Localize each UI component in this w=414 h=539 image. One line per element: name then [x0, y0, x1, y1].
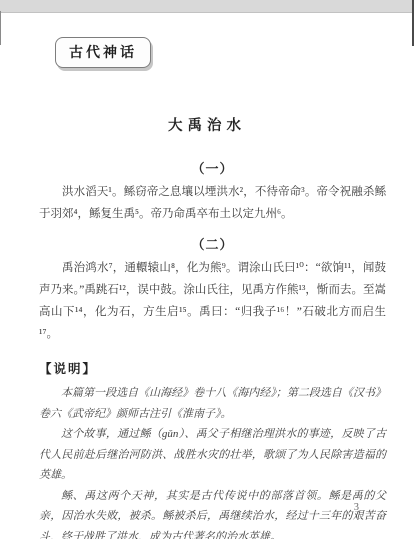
notes-heading: 【说明】 [39, 359, 386, 377]
category-badge-label: 古代神话 [69, 46, 137, 61]
notes-section: 【说明】 本篇第一段选自《山海经》卷十八《海内经》；第二段选自《汉书》卷六《武帝… [39, 359, 386, 539]
page-title: 大禹治水 [0, 114, 414, 135]
page-content: （一） 洪水滔天¹。鲧窃帝之息壤以堙洪水²，不待帝命³。帝令祝融杀鲧于羽郊⁴，鲧… [39, 158, 386, 539]
section-two-label: （二） [39, 234, 386, 253]
page-number: 3 [354, 502, 359, 513]
section-one-label: （一） [39, 158, 386, 177]
section-two-text: 禹治鸿水⁷，通轘辕山⁸，化为熊⁹。谓涂山氏曰¹⁰：“欲饷¹¹，闻鼓声乃来。”禹跳… [39, 257, 386, 345]
section-one: （一） 洪水滔天¹。鲧窃帝之息壤以堙洪水²，不待帝命³。帝令祝融杀鲧于羽郊⁴，鲧… [39, 158, 386, 225]
notes-paragraph-source: 本篇第一段选自《山海经》卷十八《海内经》；第二段选自《汉书》卷六《武帝纪》颜师古… [39, 383, 386, 424]
scan-top-strip [0, 0, 414, 13]
section-one-text: 洪水滔天¹。鲧窃帝之息壤以堙洪水²，不待帝命³。帝令祝融杀鲧于羽郊⁴，鲧复生禹⁵… [39, 181, 386, 225]
section-two: （二） 禹治鸿水⁷，通轘辕山⁸，化为熊⁹。谓涂山氏曰¹⁰：“欲饷¹¹，闻鼓声乃来… [39, 234, 386, 345]
notes-paragraph-story: 这个故事，通过鲧（gǔn）、禹父子相继治理洪水的事迹，反映了古代人民前赴后继治河… [39, 424, 386, 486]
notes-paragraph-heroes: 鲧、禹这两个天神，其实是古代传说中的部落首领。鲧是禹的父亲，因治水失败，被杀。鲧… [39, 486, 386, 539]
scan-left-edge-artifact [0, 11, 1, 45]
category-badge: 古代神话 [55, 37, 151, 68]
